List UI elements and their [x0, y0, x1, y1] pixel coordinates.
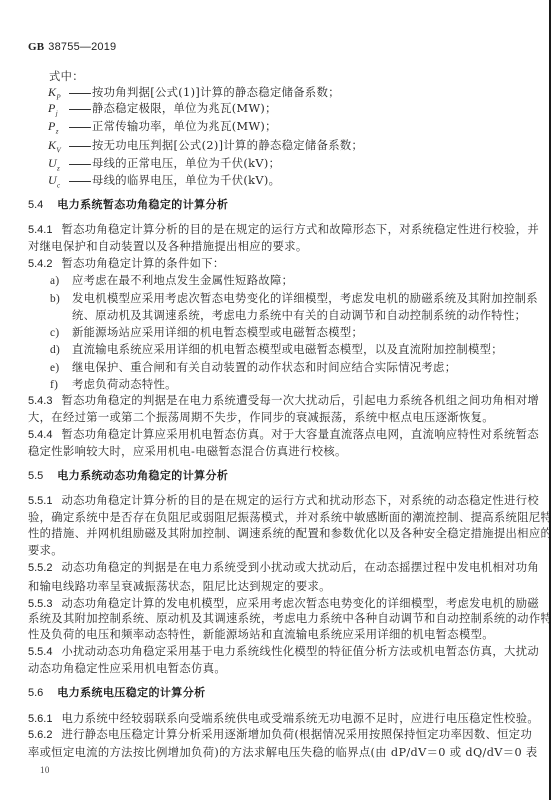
clause-5-4-3-cont: 大，在经过第一或第二个振荡周期不失步，作同步的衰减振荡，系统中枢点电压逐渐恢复。 [28, 411, 494, 425]
clause-5-5-3-cont2: 性及负荷的电压和频率动态特性，新能源场站和直流输电系统应采用详细的机电暂态模型。 [28, 628, 494, 642]
clause-5-6-2-cont: 率或恒定电流的方法按比例增加负荷)的方法求解电压失稳的临界点(由 dP/dV＝0… [28, 746, 538, 760]
where-label: 式中： [49, 70, 84, 84]
clause-5-5-1: 5.5.1动态功角稳定计算分析的目的是在规定的运行方式和扰动形态下，对系统的动态… [28, 494, 539, 508]
clause-5-5-3-cont1: 系统及其附加控制系统、原动机及其调速系统，考虑电力系统中各种自动调节和自动控制系… [28, 612, 551, 626]
clause-5-5-4-cont: 动态功角稳定性应采用机电暂态仿真。 [28, 662, 226, 676]
document-page: GB38755—2019 式中： KP按功角判据[公式(1)]计算的静态稳定储备… [0, 0, 549, 800]
symbol: Pz [48, 119, 69, 138]
symbol: Pj [48, 101, 69, 120]
standard-header: GB38755—2019 [28, 40, 116, 54]
clause-5-5-3: 5.5.3动态功角稳定计算的发电机模型，应采用考虑次暂态电势变化的详细模型，考虑… [28, 597, 539, 611]
definition-pj: Pj静态稳定极限，单位为兆瓦(MW)； [48, 101, 277, 120]
clause-5-4-2: 5.4.2暂态功角稳定计算的条件如下： [28, 257, 225, 271]
clause-5-5-1-cont1: 验，确定系统中是否存在负阻尼或弱阻尼振荡模式，并对系统中敏感断面的潮流控制、提高… [28, 511, 551, 525]
list-item-b: b)发电机模型应采用考虑次暂态电势变化的详细模型，考虑发电机的励磁系统及其附加控… [50, 292, 538, 306]
clause-5-6-1: 5.6.1电力系统中经较弱联系向受端系统供电或受端系统无功电源不足时，应进行电压… [28, 712, 539, 726]
list-item-d: d)直流输电系统应采用详细的机电暂态模型或电磁暂态模型，以及直流附加控制模型； [50, 343, 503, 357]
clause-5-4-3: 5.4.3暂态功角稳定的判据是在电力系统遭受每一次大扰动后，引起电力系统各机组之… [28, 394, 539, 408]
section-heading-5-5: 5.5电力系统动态功角稳定的计算分析 [28, 469, 228, 483]
section-heading-5-6: 5.6电力系统电压稳定的计算分析 [28, 686, 206, 700]
section-heading-5-4: 5.4电力系统暂态功角稳定的计算分析 [28, 198, 228, 212]
list-item-f: f)考虑负荷动态特性。 [50, 378, 177, 392]
definition-uc: Uc母线的临界电压，单位为千伏(kV)。 [48, 173, 280, 192]
clause-5-4-4-cont: 稳定性影响较大时，应采用机电-电磁暂态混合仿真进行校核。 [28, 445, 347, 459]
list-item-c: c)新能源场站应采用详细的机电暂态模型或电磁暂态模型； [50, 326, 363, 340]
clause-5-4-1: 5.4.1暂态功角稳定计算分析的目的是在规定的运行方式和故障形态下，对系统稳定性… [28, 223, 539, 237]
em-dash [69, 146, 91, 147]
em-dash [69, 164, 91, 165]
clause-5-4-1-cont: 对继电保护和自动装置以及各种措施提出相应的要求。 [28, 240, 308, 254]
symbol: Uc [48, 173, 69, 192]
symbol: KV [48, 138, 69, 157]
clause-5-5-2-cont: 和输电线路功率呈衰减振荡状态，阻尼比达到规定的要求。 [28, 580, 331, 594]
page-number: 10 [40, 763, 50, 777]
clause-5-4-4: 5.4.4暂态功角稳定计算应采用机电暂态仿真。对于大容量直流落点电网，直流响应特… [28, 428, 539, 442]
em-dash [69, 93, 91, 94]
clause-5-5-2: 5.5.2动态功角稳定的判据是在电力系统受到小扰动或大扰动后，在动态摇摆过程中发… [28, 561, 539, 575]
em-dash [69, 109, 91, 110]
em-dash [69, 181, 91, 182]
list-item-a: a)应考虑在最不利地点发生金属性短路故障； [50, 274, 293, 288]
definition-kv: KV按无功电压判据[公式(2)]计算的静态稳定储备系数； [48, 138, 363, 157]
standard-number: 38755—2019 [48, 41, 116, 53]
list-item-b-cont: 统、原动机及其调速系统，考虑电力系统中有关的自动调节和自动控制系统的动作特性； [72, 309, 526, 323]
definition-pz: Pz正常传输功率，单位为兆瓦(MW)； [48, 119, 277, 138]
em-dash [69, 127, 91, 128]
standard-prefix: GB [28, 41, 44, 53]
clause-5-5-1-cont2: 性的措施、并网机组励磁及其附加控制、调速系统的配置和参数优化以及各种安全稳定措施… [28, 527, 551, 541]
clause-5-5-4: 5.5.4小扰动动态功角稳定采用基于电力系统线性化模型的特征值分析方法或机电暂态… [28, 645, 539, 659]
clause-5-5-1-cont3: 要求。 [28, 544, 63, 558]
clause-5-6-2: 5.6.2进行静态电压稳定计算分析采用逐渐增加负荷(根据情况采用按照保持恒定功率… [28, 728, 532, 742]
list-item-e: e)继电保护、重合闸和有关自动装置的动作状态和时间应结合实际情况考虑； [50, 361, 456, 375]
